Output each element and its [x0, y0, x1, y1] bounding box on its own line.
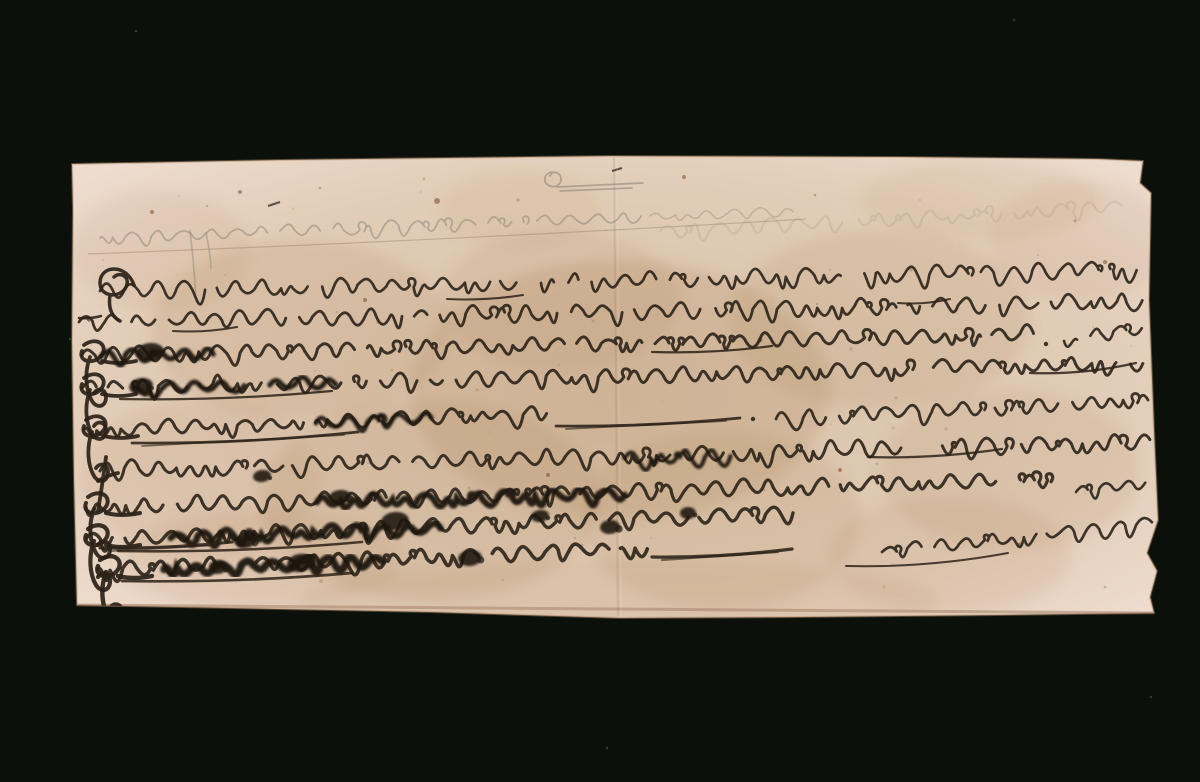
ink-blot-satellite — [477, 556, 484, 563]
paper-speck — [356, 207, 357, 208]
paper-speck — [393, 227, 394, 228]
photograph-background — [0, 0, 1200, 782]
paper-speck — [488, 431, 489, 432]
ink-blot-satellite — [150, 386, 154, 390]
paper-speck — [909, 268, 912, 271]
paper-speck — [876, 463, 879, 466]
paper-speck — [319, 187, 322, 190]
fox-spot — [838, 468, 842, 472]
paper-speck — [814, 194, 817, 197]
paper-speck — [592, 320, 595, 323]
paper-speck — [206, 205, 208, 207]
dust-speck — [135, 30, 138, 33]
paper-speck — [894, 396, 897, 399]
manuscript-scan — [0, 0, 1200, 782]
ink-blot-satellite — [546, 516, 550, 520]
paper-speck — [319, 579, 323, 583]
paper-speck — [772, 299, 773, 300]
dust-speck — [1013, 19, 1016, 22]
paper-speck — [1037, 254, 1039, 256]
paper-speck — [467, 486, 470, 489]
paper-speck — [944, 427, 947, 430]
paper-speck — [314, 370, 316, 372]
paper-speck — [882, 585, 885, 588]
dust-speck — [1150, 696, 1153, 699]
paper-speck — [1138, 476, 1139, 477]
ink-blot-satellite — [252, 540, 259, 547]
fox-spot — [682, 175, 686, 179]
paper-speck — [367, 462, 369, 464]
paper-speck — [516, 198, 520, 202]
paper-speck — [196, 492, 198, 494]
ink-blot-satellite — [615, 525, 622, 532]
ink-blot-satellite — [346, 495, 354, 503]
paper-speck — [1092, 326, 1093, 327]
paper-speck — [1104, 586, 1107, 589]
paper-speck — [292, 208, 295, 211]
paper-speck — [829, 269, 831, 271]
paper-speck — [390, 368, 393, 371]
paper-speck — [1084, 492, 1086, 494]
paper-speck — [178, 195, 179, 196]
paper-speck — [502, 579, 504, 581]
punctuation-dot — [751, 417, 755, 421]
paper-speck — [590, 318, 592, 320]
paper-speck — [959, 242, 960, 243]
paper-speck — [449, 432, 450, 433]
paper-speck — [830, 423, 832, 425]
dust-speck — [606, 747, 609, 750]
punctuation-dot — [1044, 342, 1048, 346]
paper-speck — [650, 537, 652, 539]
paper-speck — [849, 347, 853, 351]
ink-blot-satellite — [405, 520, 411, 526]
paper-speck — [558, 364, 560, 366]
paper-speck — [919, 199, 921, 201]
ink-blot-satellite — [268, 476, 272, 480]
paper-speck — [420, 191, 421, 192]
fox-spot — [546, 473, 550, 477]
paper-speck — [102, 259, 104, 261]
paper-speck — [1130, 345, 1132, 347]
ink-blot-satellite — [308, 562, 315, 569]
fox-spot — [1103, 260, 1107, 264]
paper-speck — [415, 462, 417, 464]
fox-spot — [434, 198, 440, 204]
ink-blot-satellite — [223, 566, 230, 573]
fox-spot — [363, 298, 367, 302]
ink-blot-satellite — [161, 352, 165, 356]
paper-speck — [979, 362, 982, 365]
paper-speck — [264, 399, 265, 400]
ink-blot-satellite — [693, 513, 697, 517]
paper-speck — [476, 389, 479, 392]
paper-speck — [224, 274, 226, 276]
fox-spot — [238, 190, 242, 194]
dust-speck — [69, 338, 72, 341]
paper-speck — [336, 311, 338, 313]
paper-speck — [661, 400, 662, 401]
fox-spot — [150, 210, 154, 214]
paper-speck — [892, 427, 895, 430]
paper-speck — [574, 537, 576, 539]
paper-speck — [816, 303, 818, 305]
paper-speck — [423, 178, 426, 181]
paper-speck — [323, 539, 324, 540]
